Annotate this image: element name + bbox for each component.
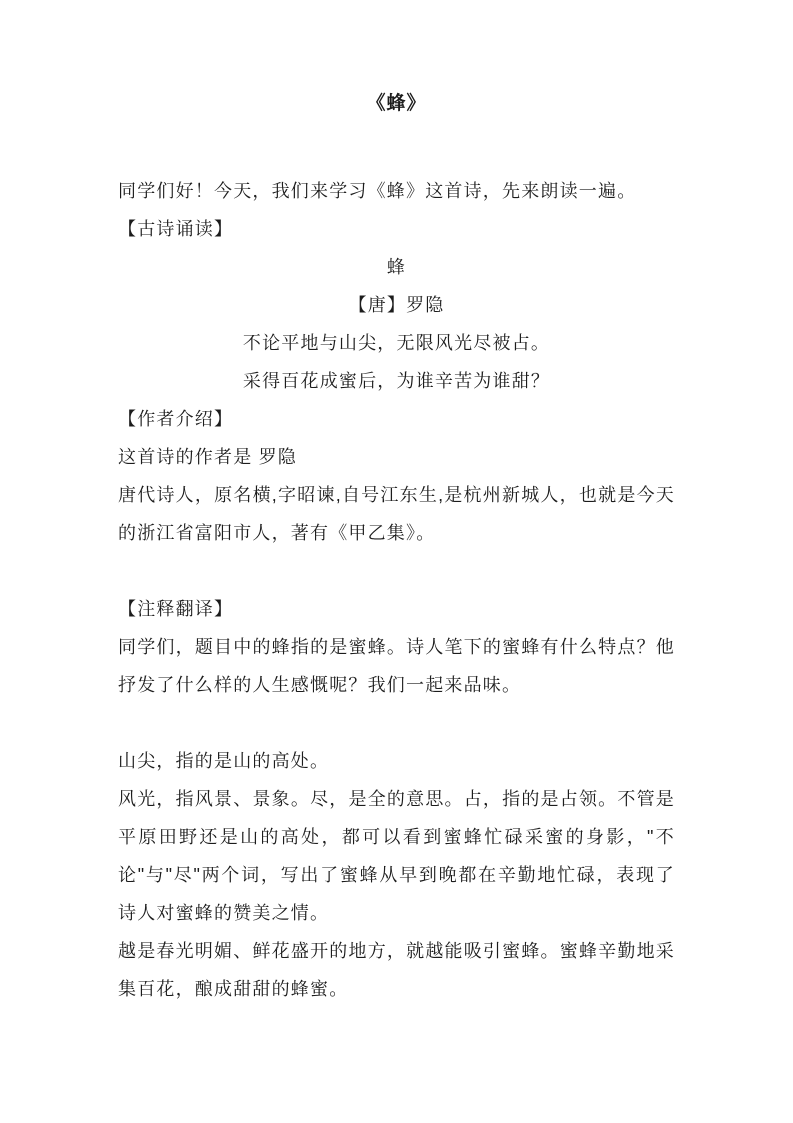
section-header-author: 【作者介绍】: [118, 400, 675, 438]
author-intro-line: 这首诗的作者是 罗隐: [118, 438, 675, 476]
notes-paragraph-4: 越是春光明媚、鲜花盛开的地方，就越能吸引蜜蜂。蜜蜂辛勤地采集百花，酿成甜甜的蜂蜜…: [118, 932, 675, 1008]
section-header-reading: 【古诗诵读】: [118, 210, 675, 248]
notes-paragraph-1: 同学们，题目中的蜂指的是蜜蜂。诗人笔下的蜜蜂有什么特点？他抒发了什么样的人生感慨…: [118, 628, 675, 704]
intro-paragraph: 同学们好！今天，我们来学习《蜂》这首诗，先来朗读一遍。: [118, 172, 675, 210]
poem-line: 不论平地与山尖，无限风光尽被占。: [118, 324, 675, 362]
section-header-notes: 【注释翻译】: [118, 590, 675, 628]
notes-paragraph-3: 风光，指风景、景象。尽，是全的意思。占，指的是占领。不管是平原田野还是山的高处，…: [118, 780, 675, 932]
notes-paragraph-2: 山尖，指的是山的高处。: [118, 742, 675, 780]
poem-author: 【唐】罗隐: [118, 286, 675, 324]
poem-title: 蜂: [118, 248, 675, 286]
document-page: 《蜂》 同学们好！今天，我们来学习《蜂》这首诗，先来朗读一遍。 【古诗诵读】 蜂…: [0, 0, 793, 1123]
author-bio-paragraph: 唐代诗人，原名横,字昭谏,自号江东生,是杭州新城人，也就是今天的浙江省富阳市人，…: [118, 476, 675, 552]
poem-line: 采得百花成蜜后，为谁辛苦为谁甜？: [118, 362, 675, 400]
document-title: 《蜂》: [118, 92, 675, 116]
